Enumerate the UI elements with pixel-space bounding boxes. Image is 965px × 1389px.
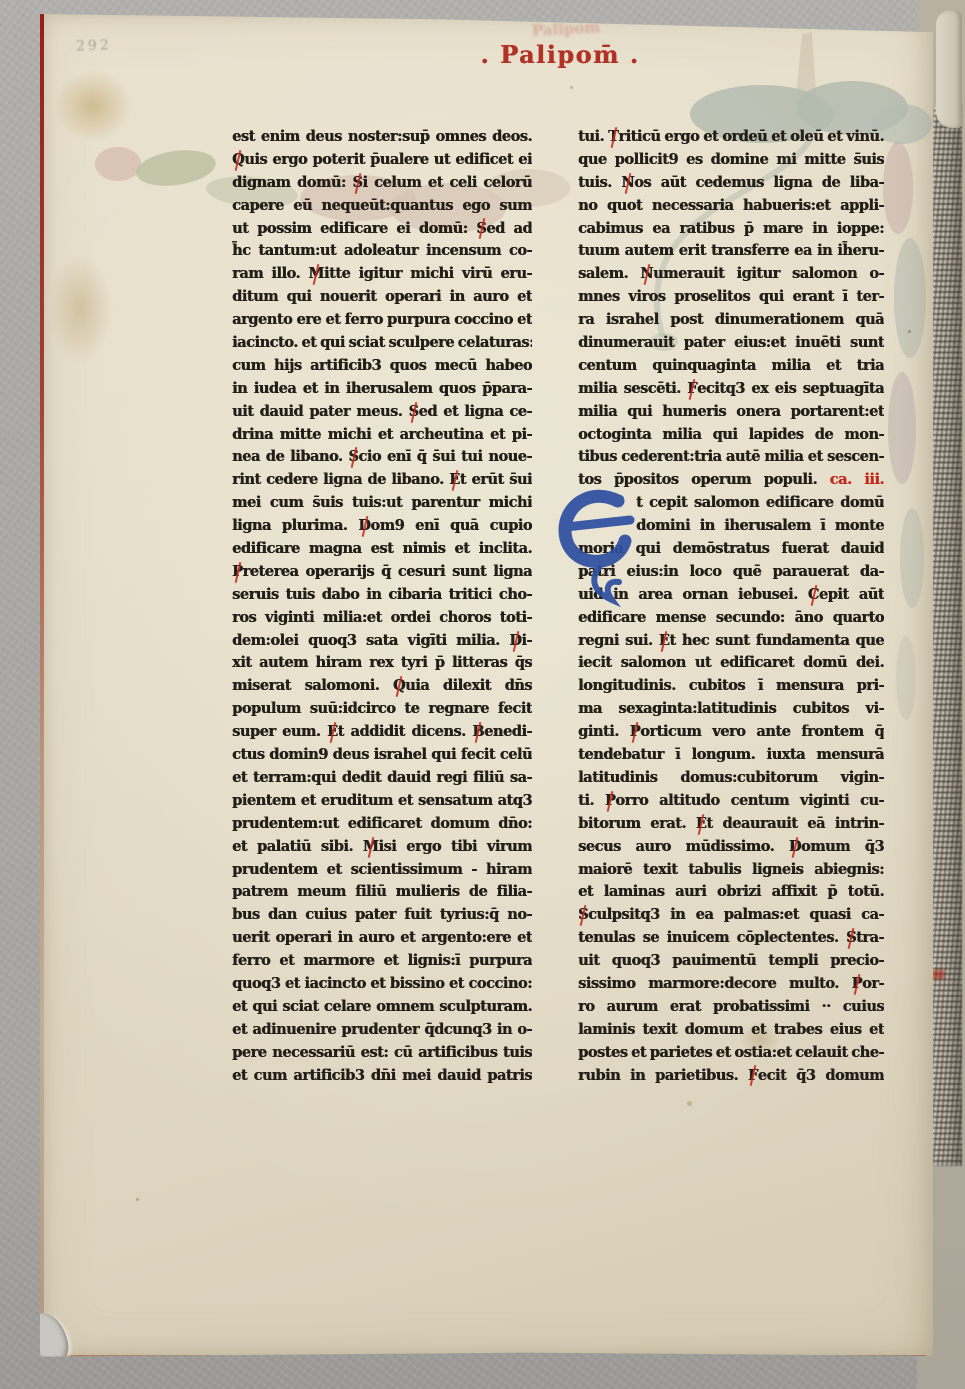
text-line: populum suū:idcirco te regnare fecit — [232, 698, 532, 721]
text-line: argento ere et ferro purpura coccino et — [232, 309, 532, 332]
corner-tear — [25, 1308, 73, 1368]
text-line: super eum. Et addidit dicens. Benedi- — [232, 721, 532, 744]
text-line: que pollicit9 es domine mi mitte s̄uis — [578, 149, 884, 172]
text-line: ut possim edificare ei domū: Sed ad — [232, 218, 532, 241]
running-title: . Palipom̄ . — [440, 40, 680, 69]
manuscript-page: 292 Palipom . Palipom̄ . est enim deus n… — [40, 12, 933, 1358]
text-line: tibus cederent:tria autē milia et sescen… — [578, 446, 884, 469]
text-column-right: tui. Triticū ergo et ordeū et oleū et vi… — [578, 126, 884, 1087]
text-line: et cum artificib3 dn̄i mei dauid patris — [232, 1065, 532, 1088]
text-line: ditum qui nouerit operari in auro et — [232, 286, 532, 309]
text-line: ma sexaginta:latitudinis cubitos vi- — [578, 698, 884, 721]
next-leaf-curled-edge — [936, 10, 962, 128]
text-line: regni sui. Et hec sunt fundamenta que — [578, 630, 884, 653]
text-line: prudentem:ut edificaret domum dn̄o: — [232, 813, 532, 836]
text-line: tenulas se inuicem cōplectentes. Stra- — [578, 927, 884, 950]
text-line: nea de libano. Scio enī q̄ s̄ui tui noue… — [232, 446, 532, 469]
adjacent-page-edge — [928, 104, 962, 1166]
text-line: sissimo marmore:decore multo. Por- — [578, 973, 884, 996]
page-bottom-edge — [42, 1355, 926, 1357]
text-line: milia sescēti. Fecitq3 ex eis septuagīta — [578, 378, 884, 401]
manuscript-photo: 292 Palipom . Palipom̄ . est enim deus n… — [0, 0, 965, 1389]
pencil-folio-number: 292 — [76, 37, 112, 54]
text-line: octoginta milia qui lapides de mon- — [578, 424, 884, 447]
text-line: pientem et eruditum et sensatum atq3 — [232, 790, 532, 813]
text-line: Preterea operarijs q̄ cesuri sunt ligna — [232, 561, 532, 584]
text-line: mnes viros proselitos qui erant ī ter- — [578, 286, 884, 309]
text-line: ram illo. Mitte igitur michi virū eru- — [232, 263, 532, 286]
text-line: ligna plurima. Dom9 enī quā cupio — [232, 515, 532, 538]
text-line: salem. Numerauit igitur salomon o- — [578, 263, 884, 286]
text-line: milia qui humeris onera portarent:et — [578, 401, 884, 424]
text-line: Quis ergo poterit p̄ualere ut edificet e… — [232, 149, 532, 172]
text-line: dem:olei quoq3 sata vigīti milia. Di- — [232, 630, 532, 653]
text-line: ro aurum erat probatissimi ·· cuius — [578, 996, 884, 1019]
text-line: et laminas auri obrizi affixit p̄ totū. — [578, 881, 884, 904]
text-line: et palatiū sibi. Misi ergo tibi virum — [232, 836, 532, 859]
text-line: uit dauid pater meus. Sed et ligna ce- — [232, 401, 532, 424]
text-line: ferro et marmore et lignis:ī purpura — [232, 950, 532, 973]
text-line: tendebatur ī longum. iuxta mensurā — [578, 744, 884, 767]
text-line: Sculpsitq3 in ea palmas:et quasi ca- — [578, 904, 884, 927]
text-line: patrem meum filiū mulieris de filia- — [232, 881, 532, 904]
text-line: tuis. Nos aūt cedemus ligna de liba- — [578, 172, 884, 195]
text-line: cum hijs artificib3 quos mecū habeo — [232, 355, 532, 378]
text-line: uerit operari in auro et argento:ere et — [232, 927, 532, 950]
text-line: ginti. Porticum vero ante frontem q̄ — [578, 721, 884, 744]
text-line: postes et parietes et ostia:et celauit c… — [578, 1042, 884, 1065]
text-column-left: est enim deus noster:sup̄ omnes deos.Qui… — [232, 126, 532, 1087]
text-line: no quot necessaria habueris:et appli- — [578, 195, 884, 218]
ink-specks — [40, 12, 43, 15]
text-line: rubin in parietibus. Fecit q̄3 domum — [578, 1065, 884, 1088]
illuminated-initial-e — [556, 486, 640, 612]
text-line: edificare magna est nimis et inclita. — [232, 538, 532, 561]
adjacent-page-rubric-mark — [932, 970, 944, 979]
text-line: ti. Porro altitudo centum viginti cu- — [578, 790, 884, 813]
text-line: ra israhel post dinumerationem quā — [578, 309, 884, 332]
parchment-stain — [48, 254, 112, 364]
text-line: est enim deus noster:sup̄ omnes deos. — [232, 126, 532, 149]
text-line: secus auro mūdissimo. Domum q̄3 — [578, 836, 884, 859]
text-line: et qui sciat celare omnem sculpturam. — [232, 996, 532, 1019]
text-line: drina mitte michi et archeutina et pi- — [232, 424, 532, 447]
text-line: miserat salomoni. Quia dilexit dn̄s — [232, 675, 532, 698]
text-line: laminis texit domum et trabes eius et — [578, 1019, 884, 1042]
text-line: bitorum erat. Et deaurauit eā intrin- — [578, 813, 884, 836]
text-line: rint cedere ligna de libano. Et erūt s̄u… — [232, 469, 532, 492]
text-line: quoq3 et iacincto et bissino et coccino: — [232, 973, 532, 996]
text-line: centum quinquaginta milia et tria — [578, 355, 884, 378]
text-line: et adinuenire prudenter q̄dcunq3 in o- — [232, 1019, 532, 1042]
text-line: pere necessariū est: cū artificibus tuis — [232, 1042, 532, 1065]
text-line: mei cum s̄uis tuis:ut parentur michi — [232, 492, 532, 515]
text-line: tui. Triticū ergo et ordeū et oleū et vi… — [578, 126, 884, 149]
text-line: tuum autem erit transferre ea in ih̄eru- — [578, 240, 884, 263]
red-stained-fore-edge — [40, 12, 44, 1358]
text-line: ros viginti milia:et ordei choros toti- — [232, 607, 532, 630]
running-title-showthrough: Palipom — [486, 16, 647, 42]
text-line: longitudinis. cubitos ī mensura pri- — [578, 675, 884, 698]
text-line: uit quoq3 pauimentū templi precio- — [578, 950, 884, 973]
text-line: prudentem et scientissimum - hiram — [232, 859, 532, 882]
text-line: bus dan cuius pater fuit tyrius:q̄ no- — [232, 904, 532, 927]
text-line: iacincto. et qui sciat sculpere celatura… — [232, 332, 532, 355]
text-line: capere eū nequeūt:quantus ego sum — [232, 195, 532, 218]
text-line: dinumerauit pater eius:et inuēti sunt — [578, 332, 884, 355]
text-line: cabimus ea ratibus p̄ mare in ioppe: — [578, 218, 884, 241]
text-line: latitudinis domus:cubitorum vigin- — [578, 767, 884, 790]
text-line: xit autem hiram rex tyri p̄ litteras q̄s — [232, 652, 532, 675]
text-line: et terram:qui dedit dauid regi filiū sa- — [232, 767, 532, 790]
text-line: maiorē texit tabulis ligneis abiegnis: — [578, 859, 884, 882]
parchment-stain — [54, 70, 132, 142]
text-line: dignam domū: Si celum et celi celorū — [232, 172, 532, 195]
text-line: h̄c tantum:ut adoleatur incensum co- — [232, 240, 532, 263]
text-line: in iudea et in iherusalem quos p̄para- — [232, 378, 532, 401]
text-line: ctus domin9 deus israhel qui fecit celū — [232, 744, 532, 767]
text-line: iecit salomon ut edificaret domū dei. — [578, 652, 884, 675]
text-line: seruis tuis dabo in cibaria tritici cho- — [232, 584, 532, 607]
